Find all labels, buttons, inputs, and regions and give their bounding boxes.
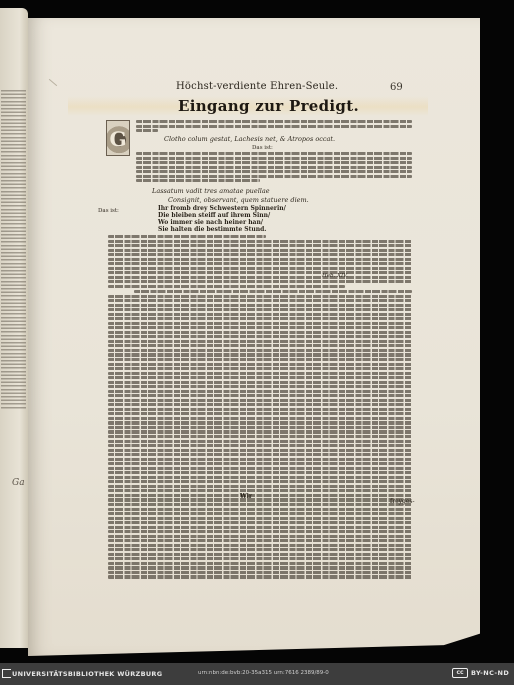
facing-page-catchword: Ga xyxy=(12,478,25,488)
catchword: Wir xyxy=(240,493,252,500)
text-line xyxy=(108,381,412,384)
german-verse-1: Ihr fromb drey Schwestern Spinnerin/ xyxy=(158,205,286,212)
urn-identifier[interactable]: urn:nbn:de:bvb:20-35a315 urn:7616 2389/8… xyxy=(198,670,329,676)
text-line xyxy=(108,326,412,329)
catchword-right: freyges- xyxy=(390,498,415,505)
text-line xyxy=(108,453,412,456)
text-line xyxy=(108,548,412,551)
text-line xyxy=(108,462,412,465)
margin-reference: Heb. XIV. xyxy=(322,273,348,279)
text-line xyxy=(108,304,412,307)
book-page: Höchst-verdiente Ehren-Seule. 69 Eingang… xyxy=(28,18,480,656)
text-line xyxy=(108,476,412,479)
paragraph-opening xyxy=(136,120,412,134)
text-line xyxy=(108,480,412,483)
text-line xyxy=(108,498,412,501)
text-line xyxy=(136,179,260,182)
text-line xyxy=(108,575,412,578)
latin-verse-1: Clotho colum gestat, Lachesis net, & Atr… xyxy=(164,135,335,143)
library-logo-icon xyxy=(2,669,11,678)
text-line xyxy=(108,308,412,311)
text-line xyxy=(108,494,412,497)
dass-label: Das ist: xyxy=(252,145,273,151)
text-line xyxy=(108,317,412,320)
text-line xyxy=(108,444,412,447)
text-line xyxy=(136,120,412,123)
text-line xyxy=(136,166,412,169)
paragraph-1 xyxy=(136,152,412,184)
text-line xyxy=(108,249,412,252)
text-line xyxy=(108,449,412,452)
text-line xyxy=(108,240,412,243)
text-line xyxy=(108,295,412,298)
library-logo[interactable]: UNIVERSITÄTSBIBLIOTHEK WÜRZBURG xyxy=(2,669,162,678)
text-line xyxy=(136,125,412,128)
text-line xyxy=(136,161,412,164)
text-line xyxy=(108,271,412,274)
text-line xyxy=(108,344,412,347)
text-line xyxy=(108,394,412,397)
text-line xyxy=(108,458,412,461)
text-line xyxy=(108,235,266,238)
text-line xyxy=(108,430,412,433)
text-line xyxy=(108,322,412,325)
library-name: UNIVERSITÄTSBIBLIOTHEK WÜRZBURG xyxy=(12,670,162,678)
text-line xyxy=(108,417,412,420)
text-line xyxy=(108,530,412,533)
text-line xyxy=(108,244,412,247)
latin-verse-3: Consignit, observant, quem statuere diem… xyxy=(168,196,309,204)
text-line xyxy=(108,412,412,415)
license-link[interactable]: cc BY-NC-ND xyxy=(452,668,509,678)
text-line xyxy=(108,262,412,265)
text-line xyxy=(136,129,158,132)
text-line xyxy=(108,539,412,542)
text-line xyxy=(108,280,412,283)
text-line xyxy=(108,571,412,574)
text-line xyxy=(108,440,412,443)
text-line xyxy=(136,157,412,160)
creative-commons-icon: cc xyxy=(452,668,468,678)
text-line xyxy=(108,353,412,356)
license-text: BY-NC-ND xyxy=(471,669,509,677)
dass-label-2: Das ist: xyxy=(98,208,119,214)
text-line xyxy=(108,358,412,361)
text-line xyxy=(108,349,412,352)
text-line xyxy=(108,285,345,288)
text-line xyxy=(108,340,412,343)
text-line xyxy=(108,335,412,338)
text-line xyxy=(108,566,412,569)
text-line xyxy=(108,426,412,429)
text-line xyxy=(108,372,412,375)
text-line xyxy=(108,467,412,470)
text-line xyxy=(108,408,412,411)
text-line xyxy=(108,521,412,524)
text-line xyxy=(108,403,412,406)
paragraph-2 xyxy=(108,235,412,289)
scan-viewer: Ga Höchst-verdiente Ehren-Seule. 69 Eing… xyxy=(0,0,514,663)
gutter-mark xyxy=(49,79,57,86)
text-line xyxy=(108,471,412,474)
text-line xyxy=(108,276,412,279)
text-line xyxy=(136,170,412,173)
text-line xyxy=(108,485,412,488)
text-line xyxy=(108,535,412,538)
text-line xyxy=(108,390,412,393)
text-line xyxy=(108,557,412,560)
text-line xyxy=(108,267,412,270)
text-line xyxy=(108,331,412,334)
text-line xyxy=(108,299,412,302)
german-verse-2: Die bleiben steiff auf ihrem Sinn/ xyxy=(158,212,270,219)
text-line xyxy=(108,544,412,547)
text-line xyxy=(136,152,412,155)
facing-page-edge: Ga xyxy=(0,8,28,648)
page-number: 69 xyxy=(390,82,403,93)
facing-page-text xyxy=(1,90,26,410)
latin-verse-2: Lassatum vadit tres amatae puellae xyxy=(152,187,270,195)
text-line xyxy=(108,526,412,529)
text-line xyxy=(108,313,412,316)
german-verse-3: Wo immer sie nach heiner han/ xyxy=(158,219,263,226)
text-line xyxy=(108,553,412,556)
text-line xyxy=(108,385,412,388)
text-line xyxy=(108,508,412,511)
text-line xyxy=(134,290,412,293)
text-line xyxy=(136,175,412,178)
text-line xyxy=(108,399,412,402)
text-line xyxy=(108,503,412,506)
section-title: Eingang zur Predigt. xyxy=(178,97,359,115)
running-head: Höchst-verdiente Ehren-Seule. xyxy=(176,81,338,92)
text-line xyxy=(108,517,412,520)
text-line xyxy=(108,435,412,438)
text-line xyxy=(108,367,412,370)
footer-bar: UNIVERSITÄTSBIBLIOTHEK WÜRZBURG urn:nbn:… xyxy=(0,663,514,685)
text-line xyxy=(108,562,412,565)
text-line xyxy=(108,363,412,366)
text-line xyxy=(108,376,412,379)
text-line xyxy=(108,253,412,256)
text-line xyxy=(108,489,412,492)
decorated-initial: G xyxy=(106,120,130,156)
text-line xyxy=(108,421,412,424)
text-line xyxy=(108,512,412,515)
paragraph-3 xyxy=(108,290,412,580)
text-line xyxy=(108,258,412,261)
german-verse-4: Sie halten die bestimmte Stund. xyxy=(158,226,266,233)
